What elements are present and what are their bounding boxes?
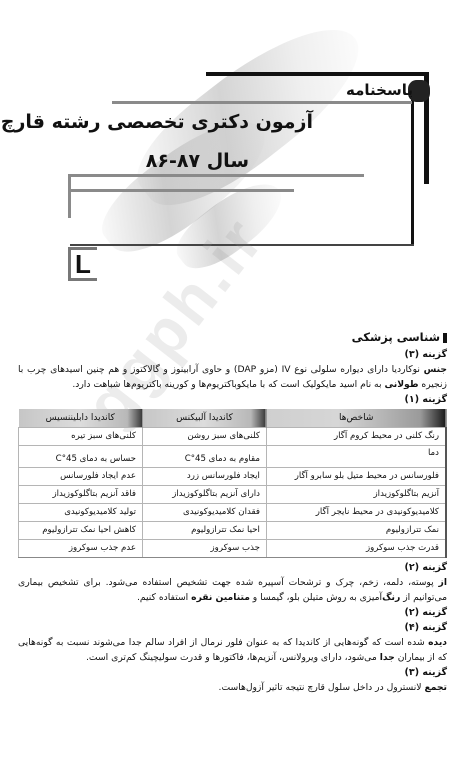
table-cell: عدم ایجاد فلورسانس: [19, 468, 143, 486]
table-header-row: شاخص‌ها کاندیدا آلبیکنس کاندیدا دابلیننس…: [19, 409, 447, 428]
chapter-title-box: پاسخنامه آزمون دکتری تخصصی رشته قارچ‌شنا…: [0, 0, 461, 300]
table-row: رنگ کلنی در محیط کروم آگار کلنی‌های سبز …: [19, 428, 447, 446]
table-cell: احیا نمک تترازولیوم: [142, 522, 266, 540]
table-cell: رنگ کلنی در محیط کروم آگار: [266, 428, 446, 446]
bottom-rule: [70, 244, 414, 246]
paragraph-text: ‌آمیزی به روش متیلن بلو، گیمسا و: [250, 592, 382, 603]
lead-word: طولانی: [384, 379, 418, 390]
table-row: دما مقاوم به دمای 45°C حساس به دمای 45°C: [19, 446, 447, 468]
paragraph-text: استفاده کنیم.: [137, 592, 191, 603]
section-heading: شناسی پزشکی: [18, 330, 447, 345]
table-cell: کلامیدیوکونیدی در محیط نایجر آگار: [266, 504, 446, 522]
exam-year: سال ۸۷-۸۶: [146, 150, 249, 172]
paragraph-text: لانسترول در داخل سلول قارچ نتیجه تاثیر آ…: [219, 682, 425, 693]
table-cell: نمک تترازولیوم: [266, 522, 446, 540]
explanation-paragraph: جنس نوکاردیا دارای دیواره سلولی نوع IV (…: [18, 362, 447, 392]
comparison-table: شاخص‌ها کاندیدا آلبیکنس کاندیدا دابلیننس…: [18, 409, 447, 558]
table-cell: قدرت جذب سوکروز: [266, 540, 446, 558]
table-cell: عدم جذب سوکروز: [19, 540, 143, 558]
table-cell: تولید کلامیدیوکونیدی: [19, 504, 143, 522]
answer-label: گزینه (۴): [18, 620, 447, 635]
answer-label: گزینه (۱): [18, 392, 447, 407]
column-header: کاندیدا آلبیکنس: [142, 409, 266, 428]
explanation-paragraph: دیده شده است که گونه‌هایی از کاندیدا که …: [18, 635, 447, 665]
table-row: فلورسانس در محیط متیل بلو سابرو آگار ایج…: [19, 468, 447, 486]
table-cell: فلورسانس در محیط متیل بلو سابرو آگار: [266, 468, 446, 486]
column-header: شاخص‌ها: [266, 409, 446, 428]
table-cell: مقاوم به دمای 45°C: [142, 446, 266, 468]
document-page: پاسخنامه آزمون دکتری تخصصی رشته قارچ‌شنا…: [0, 0, 461, 768]
table-row: آنزیم بتاگلوکوزیداز دارای آنزیم بتاگلوکو…: [19, 486, 447, 504]
column-header: کاندیدا دابلیننسیس: [19, 409, 143, 428]
table-cell: دارای آنزیم بتاگلوکوزیداز: [142, 486, 266, 504]
table-cell: ایجاد فلورسانس زرد: [142, 468, 266, 486]
heading-bullet-icon: [443, 333, 447, 343]
lead-word: رنگ: [382, 592, 400, 603]
answer-label: گزینه (۳): [18, 665, 447, 680]
lead-word: از: [439, 577, 447, 588]
explanation-paragraph: تجمع لانسترول در داخل سلول قارچ نتیجه تا…: [18, 680, 447, 695]
top-rule: [206, 72, 428, 76]
table-row: کلامیدیوکونیدی در محیط نایجر آگار فقدان …: [19, 504, 447, 522]
table-cell: فاقد آنزیم بتاگلوکوزیداز: [19, 486, 143, 504]
emphasized-text: متنامین نقره: [191, 592, 250, 603]
lead-word: تجمع: [424, 682, 447, 693]
table-cell: کاهش احیا نمک تترازولیوم: [19, 522, 143, 540]
section-heading-text: شناسی پزشکی: [352, 330, 440, 345]
answer-label: گزینه (۲): [18, 605, 447, 620]
table-cell: حساس به دمای 45°C: [19, 446, 143, 468]
grey-rule: [68, 174, 364, 177]
page-title: آزمون دکتری تخصصی رشته قارچ‌شناسی: [0, 111, 313, 133]
lead-word: جنس: [424, 364, 447, 375]
right-rule-thin: [411, 90, 414, 246]
paragraph-text: می‌شود، دارای ویرولانس، آنزیم‌ها، فاکتور…: [86, 652, 380, 663]
explanation-paragraph: از پوسته، دلمه، زخم، چرک و ترشحات آسپیره…: [18, 575, 447, 605]
answer-key-label: پاسخنامه: [346, 81, 413, 99]
answer-label: گزینه (۳): [18, 347, 447, 362]
table-row: قدرت جذب سوکروز جذب سوکروز عدم جذب سوکرو…: [19, 540, 447, 558]
table-cell: آنزیم بتاگلوکوزیداز: [266, 486, 446, 504]
table-cell: دما: [266, 446, 446, 468]
chapter-badge: L: [68, 247, 97, 281]
paragraph-text: به نام اسید مایکولیک است که با مایکوباکت…: [72, 379, 384, 390]
lead-word: جدا: [380, 652, 395, 663]
grey-rule: [68, 176, 71, 218]
table-cell: کلنی‌های سبز روشن: [142, 428, 266, 446]
grey-rule: [68, 189, 294, 192]
answer-label: گزینه (۲): [18, 560, 447, 575]
answers-content: شناسی پزشکی گزینه (۳) جنس نوکاردیا دارای…: [18, 330, 447, 695]
table-row: نمک تترازولیوم احیا نمک تترازولیوم کاهش …: [19, 522, 447, 540]
table-cell: فقدان کلامیدیوکونیدی: [142, 504, 266, 522]
lead-word: دیده: [428, 637, 447, 648]
grey-rule: [112, 101, 412, 104]
table-cell: جذب سوکروز: [142, 540, 266, 558]
table-cell: کلنی‌های سبز تیره: [19, 428, 143, 446]
